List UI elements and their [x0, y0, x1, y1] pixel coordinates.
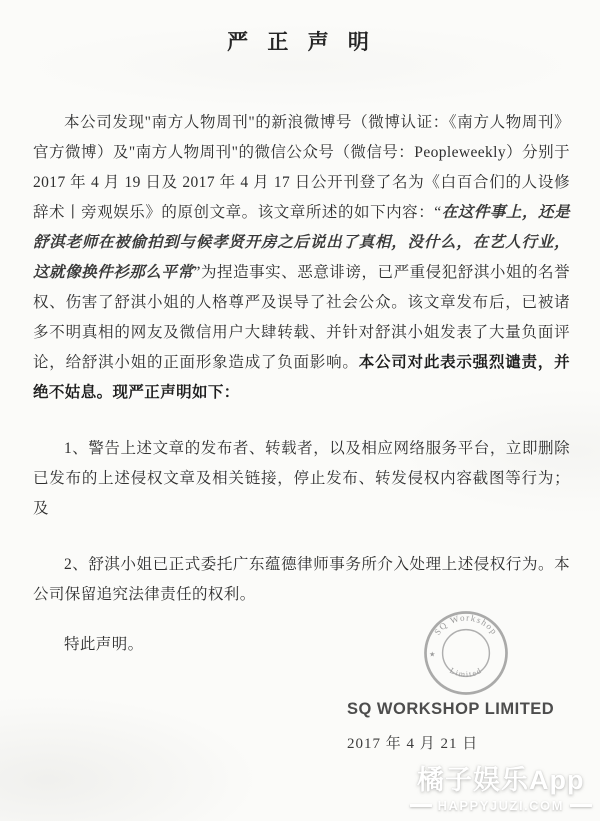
company-seal: SQ Workshop Limited ★ — [421, 608, 511, 698]
company-name: SQ WORKSHOP LIMITED — [347, 700, 552, 719]
svg-text:Limited: Limited — [448, 666, 483, 679]
statement-item-1: 1、警告上述文章的发布者、转载者，以及相应网络服务平台，立即删除已发布的上述侵权… — [33, 434, 570, 524]
watermark-site: HAPPYJUZI.COM — [438, 798, 564, 813]
round-seal-icon: SQ Workshop Limited ★ — [421, 608, 511, 698]
watermark-dash-right — [570, 804, 592, 807]
seal-bottom-text: Limited — [448, 666, 483, 679]
signature-block: SQ Workshop Limited ★ SQ WORKSHOP LIMITE… — [347, 608, 552, 753]
seal-star-icon: ★ — [429, 651, 435, 659]
document-title: 严 正 声 明 — [33, 26, 570, 56]
watermark-app-name: 橘子娱乐App — [410, 758, 592, 797]
document-page: 严 正 声 明 本公司发现"南方人物周刊"的新浪微博号（微博认证：《南方人物周刊… — [0, 0, 600, 821]
document-body: 本公司发现"南方人物周刊"的新浪微博号（微博认证：《南方人物周刊》官方微博）及"… — [33, 108, 570, 660]
watermark: 橘子娱乐App HAPPYJUZI.COM — [410, 758, 592, 813]
watermark-site-row: HAPPYJUZI.COM — [410, 798, 592, 813]
document-content: 严 正 声 明 本公司发现"南方人物周刊"的新浪微博号（微博认证：《南方人物周刊… — [33, 0, 570, 660]
seal-top-text: SQ Workshop — [432, 612, 500, 636]
main-paragraph: 本公司发现"南方人物周刊"的新浪微博号（微博认证：《南方人物周刊》官方微博）及"… — [33, 108, 570, 408]
statement-item-2: 2、舒淇小姐已正式委托广东蕴德律师事务所介入处理上述侵权行为。本公司保留追究法律… — [33, 550, 570, 610]
statement-date: 2017 年 4 月 21 日 — [347, 732, 552, 753]
svg-text:SQ Workshop: SQ Workshop — [432, 612, 500, 636]
watermark-dash-left — [410, 804, 432, 807]
